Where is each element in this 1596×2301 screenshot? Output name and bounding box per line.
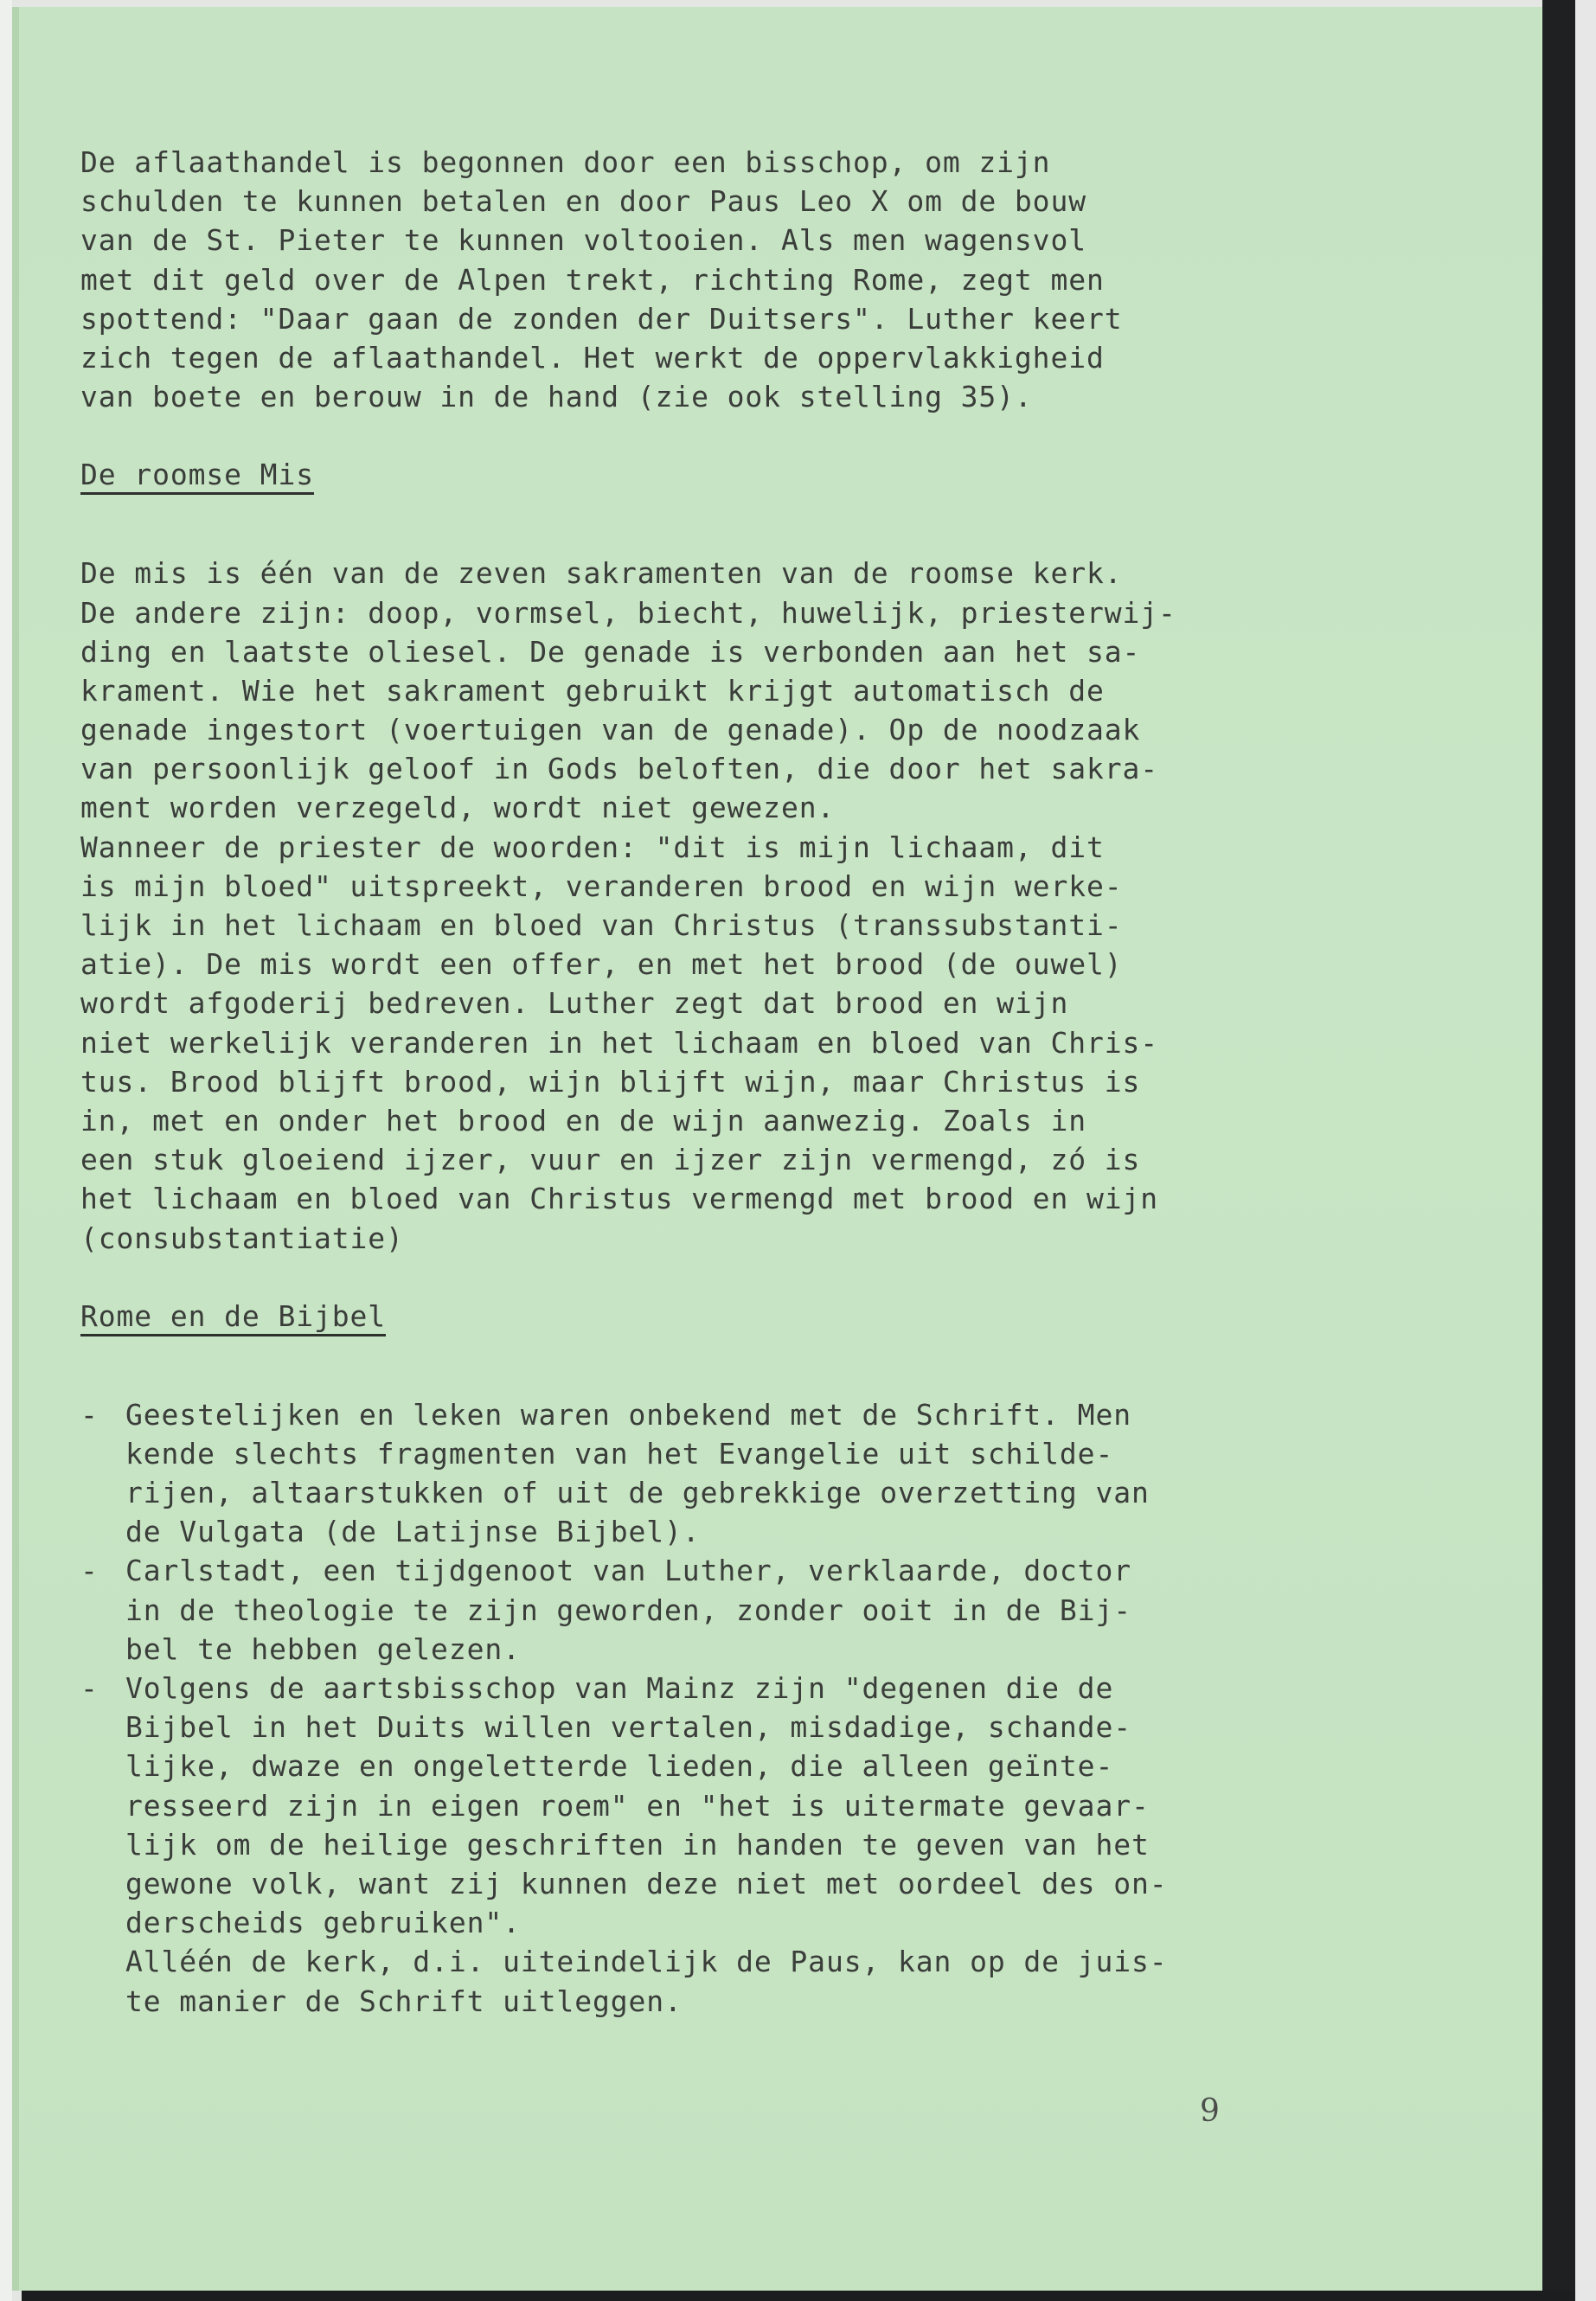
section-roomse-mis: De roomse Mis De mis is één van de zeven… [80, 455, 1326, 1257]
text-line: derscheids gebruiken". [125, 1903, 1326, 1942]
section-rome-en-de-bijbel: Rome en de Bijbel - Geestelijken en leke… [80, 1297, 1326, 2021]
text-line: Volgens de aartsbisschop van Mainz zijn … [125, 1669, 1326, 1708]
section-heading: Rome en de Bijbel [80, 1299, 386, 1336]
text-line: tus. Brood blijft brood, wijn blijft wij… [80, 1062, 1326, 1101]
section-heading: De roomse Mis [80, 458, 314, 495]
scan-right-margin [1575, 0, 1596, 2301]
text-line: in de theologie te zijn geworden, zonder… [125, 1591, 1326, 1630]
text-line: te manier de Schrift uitleggen. [125, 1982, 1326, 2021]
bullet-dash-icon: - [80, 1669, 99, 1708]
bullet-dash-icon: - [80, 1551, 99, 1590]
text-line: rijen, altaarstukken of uit de gebrekkig… [125, 1473, 1326, 1512]
text-line: resseerd zijn in eigen roem" en "het is … [125, 1786, 1326, 1825]
text-line: kende slechts fragmenten van het Evangel… [125, 1434, 1326, 1473]
text-line: (consubstantiatie) [80, 1219, 1326, 1258]
text-line: Wanneer de priester de woorden: "dit is … [80, 828, 1326, 867]
scan-left-margin [0, 0, 12, 2301]
text-line: De mis is één van de zeven sakramenten v… [80, 554, 1326, 593]
text-line: bel te hebben gelezen. [125, 1630, 1326, 1669]
text-line: van de St. Pieter te kunnen voltooien. A… [80, 221, 1326, 260]
text-line: schulden te kunnen betalen en door Paus … [80, 182, 1326, 221]
text-line: gewone volk, want zij kunnen deze niet m… [125, 1864, 1326, 1903]
text-line: De aflaathandel is begonnen door een bis… [80, 143, 1326, 182]
paragraph: De mis is één van de zeven sakramenten v… [80, 554, 1326, 1257]
bullet-item: - Carlstadt, een tijdgenoot van Luther, … [80, 1551, 1326, 1669]
text-line: in, met en onder het brood en de wijn aa… [80, 1101, 1326, 1140]
text-line: Geestelijken en leken waren onbekend met… [125, 1395, 1326, 1434]
page-number: 9 [1200, 2093, 1220, 2129]
text-line: atie). De mis wordt een offer, en met he… [80, 945, 1326, 984]
text-line: van boete en berouw in de hand (zie ook … [80, 377, 1326, 416]
scan-bottom-edge-bar [22, 2291, 1575, 2301]
bullet-item: - Volgens de aartsbisschop van Mainz zij… [80, 1669, 1326, 1942]
text-line: De andere zijn: doop, vormsel, biecht, h… [80, 593, 1326, 632]
text-line: met dit geld over de Alpen trekt, richti… [80, 260, 1326, 299]
text-line: niet werkelijk veranderen in het lichaam… [80, 1023, 1326, 1062]
text-line: van persoonlijk geloof in Gods beloften,… [80, 749, 1326, 788]
bullet-item: - Geestelijken en leken waren onbekend m… [80, 1395, 1326, 1552]
text-line: genade ingestort (voertuigen van de gena… [80, 710, 1326, 749]
text-line: de Vulgata (de Latijnse Bijbel). [125, 1512, 1326, 1551]
text-line: Carlstadt, een tijdgenoot van Luther, ve… [125, 1551, 1326, 1590]
text-line: ding en laatste oliesel. De genade is ve… [80, 632, 1326, 671]
text-line: het lichaam en bloed van Christus vermen… [80, 1179, 1326, 1218]
text-line: spottend: "Daar gaan de zonden der Duits… [80, 299, 1326, 338]
text-line: wordt afgoderij bedreven. Luther zegt da… [80, 984, 1326, 1022]
text-line: ment worden verzegeld, wordt niet geweze… [80, 788, 1326, 827]
text-line: lijk in het lichaam en bloed van Christu… [80, 906, 1326, 945]
intro-paragraph: De aflaathandel is begonnen door een bis… [80, 143, 1326, 416]
document-body: De aflaathandel is begonnen door een bis… [80, 143, 1326, 2021]
closing-paragraph: Alléén de kerk, d.i. uiteindelijk de Pau… [80, 1942, 1326, 2020]
text-line: Bijbel in het Duits willen vertalen, mis… [125, 1708, 1326, 1747]
scan-right-edge-bar [1542, 0, 1575, 2301]
text-line: lijk om de heilige geschriften in handen… [125, 1825, 1326, 1864]
text-line: is mijn bloed" uitspreekt, veranderen br… [80, 867, 1326, 906]
text-line: een stuk gloeiend ijzer, vuur en ijzer z… [80, 1140, 1326, 1179]
text-line: krament. Wie het sakrament gebruikt krij… [80, 671, 1326, 710]
text-line: Alléén de kerk, d.i. uiteindelijk de Pau… [125, 1942, 1326, 1981]
bullet-dash-icon: - [80, 1395, 99, 1434]
text-line: zich tegen de aflaathandel. Het werkt de… [80, 338, 1326, 377]
text-line: lijke, dwaze en ongeletterde lieden, die… [125, 1747, 1326, 1785]
